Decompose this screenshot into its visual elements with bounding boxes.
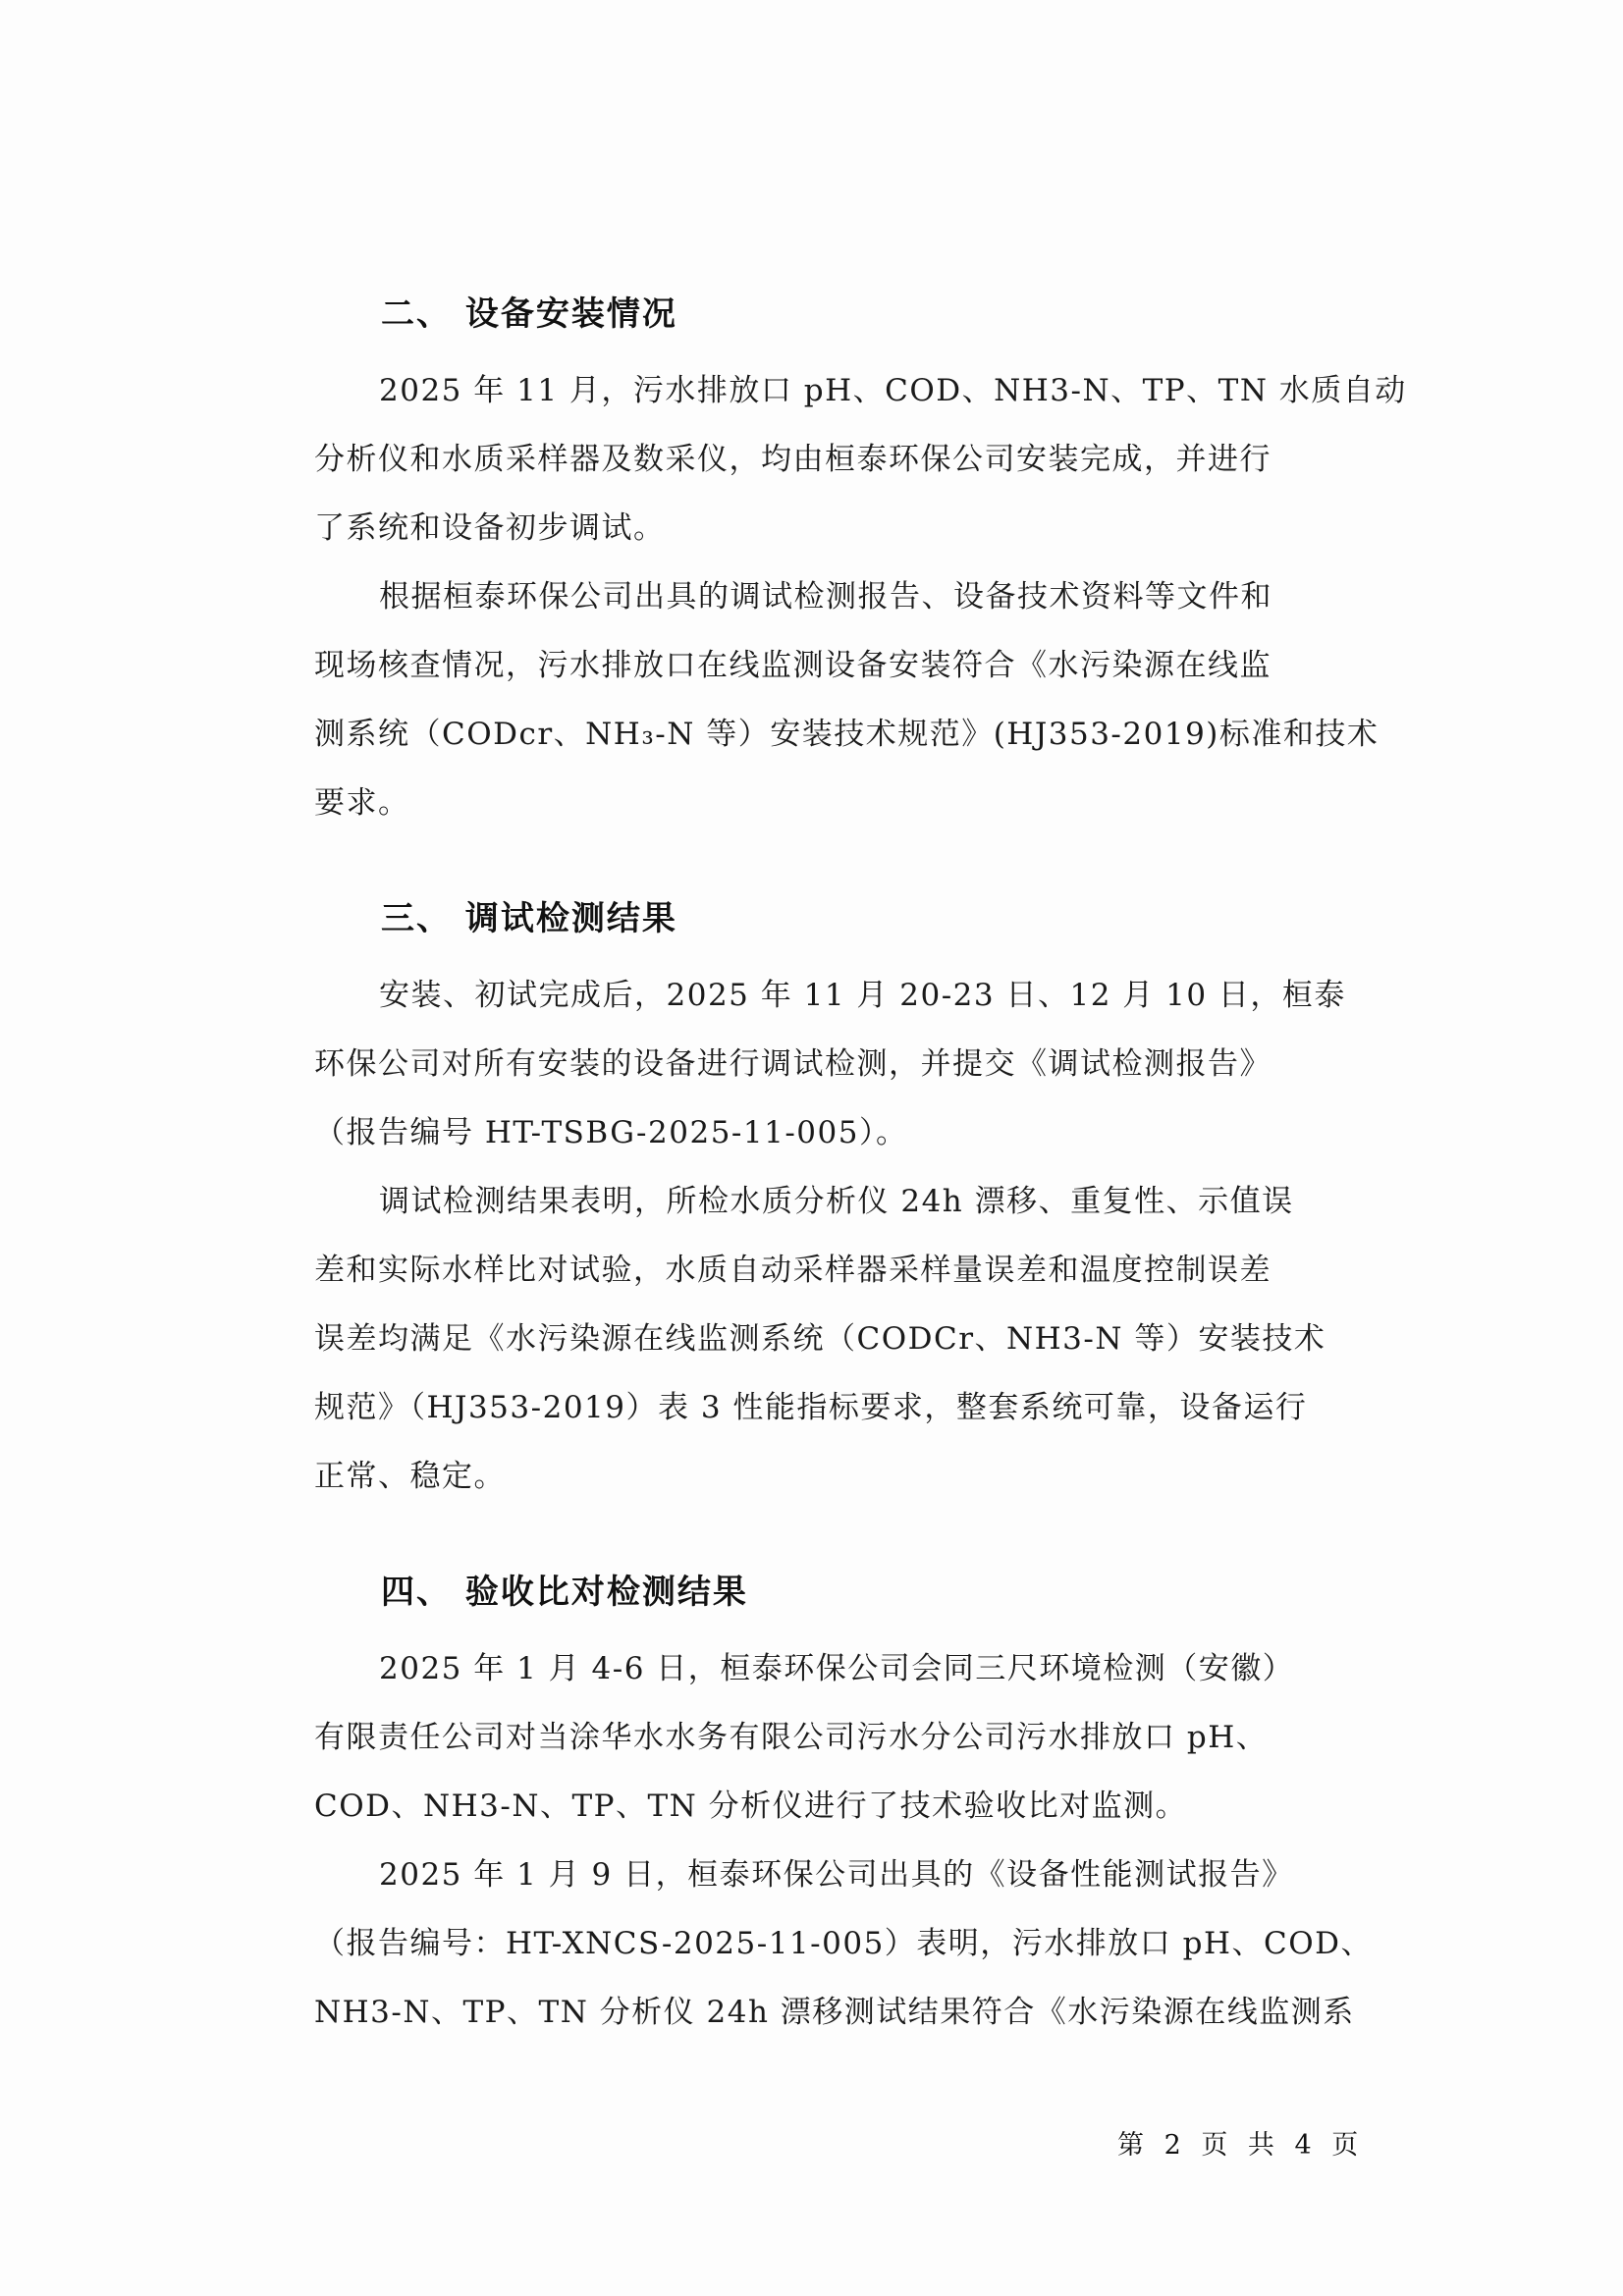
text-line: 误差均满足《水污染源在线监测系统（CODCr、NH3-N 等）安装技术	[314, 1305, 1311, 1373]
text-line: （报告编号 HT-TSBG-2025-11-005）。	[314, 1098, 1311, 1167]
text-line: 差和实际水样比对试验，水质自动采样器采样量误差和温度控制误差	[314, 1236, 1311, 1305]
document-body: 二、 设备安装情况 2025 年 11 月，污水排放口 pH、COD、NH3-N…	[314, 280, 1311, 2094]
text-line: 有限责任公司对当涂华水水务有限公司污水分公司污水排放口 pH、	[314, 1703, 1311, 1772]
text-line: 正常、稳定。	[314, 1442, 1311, 1511]
document-page: 二、 设备安装情况 2025 年 11 月，污水排放口 pH、COD、NH3-N…	[0, 0, 1623, 2296]
text-line: 规范》（HJ353-2019）表 3 性能指标要求，整套系统可靠，设备运行	[314, 1373, 1311, 1442]
text-line: 根据桓泰环保公司出具的调试检测报告、设备技术资料等文件和	[314, 562, 1311, 631]
text-line: 2025 年 1 月 4-6 日，桓泰环保公司会同三尺环境检测（安徽）	[314, 1634, 1311, 1703]
text-line: 要求。	[314, 769, 1311, 837]
text-line: 了系统和设备初步调试。	[314, 494, 1311, 562]
text-line: 安装、初试完成后，2025 年 11 月 20-23 日、12 月 10 日，桓…	[314, 961, 1311, 1030]
section-equipment-installation: 二、 设备安装情况 2025 年 11 月，污水排放口 pH、COD、NH3-N…	[314, 280, 1311, 837]
text-line: （报告编号：HT-XNCS-2025-11-005）表明，污水排放口 pH、CO…	[314, 1909, 1311, 1978]
paragraph: 安装、初试完成后，2025 年 11 月 20-23 日、12 月 10 日，桓…	[314, 961, 1311, 1167]
section-heading: 二、 设备安装情况	[381, 280, 1311, 348]
section-heading: 三、 调试检测结果	[381, 884, 1311, 953]
section-acceptance-comparison-results: 四、 验收比对检测结果 2025 年 1 月 4-6 日，桓泰环保公司会同三尺环…	[314, 1558, 1311, 2047]
section-heading: 四、 验收比对检测结果	[381, 1558, 1311, 1627]
text-line: COD、NH3-N、TP、TN 分析仪进行了技术验收比对监测。	[314, 1772, 1311, 1841]
paragraph: 2025 年 1 月 4-6 日，桓泰环保公司会同三尺环境检测（安徽） 有限责任…	[314, 1634, 1311, 1841]
text-line: 2025 年 11 月，污水排放口 pH、COD、NH3-N、TP、TN 水质自…	[314, 356, 1311, 425]
paragraph: 2025 年 1 月 9 日，桓泰环保公司出具的《设备性能测试报告》 （报告编号…	[314, 1841, 1311, 2047]
paragraph: 调试检测结果表明，所检水质分析仪 24h 漂移、重复性、示值误 差和实际水样比对…	[314, 1167, 1311, 1511]
page-number: 第 2 页 共 4 页	[1117, 2123, 1364, 2162]
text-line: 调试检测结果表明，所检水质分析仪 24h 漂移、重复性、示值误	[314, 1167, 1311, 1236]
text-line: 分析仪和水质采样器及数采仪，均由桓泰环保公司安装完成，并进行	[314, 425, 1311, 494]
paragraph: 根据桓泰环保公司出具的调试检测报告、设备技术资料等文件和 现场核查情况，污水排放…	[314, 562, 1311, 837]
text-line: 2025 年 1 月 9 日，桓泰环保公司出具的《设备性能测试报告》	[314, 1841, 1311, 1909]
text-line: 现场核查情况，污水排放口在线监测设备安装符合《水污染源在线监	[314, 631, 1311, 700]
text-line: 环保公司对所有安装的设备进行调试检测，并提交《调试检测报告》	[314, 1030, 1311, 1098]
paragraph: 2025 年 11 月，污水排放口 pH、COD、NH3-N、TP、TN 水质自…	[314, 356, 1311, 562]
text-line: NH3-N、TP、TN 分析仪 24h 漂移测试结果符合《水污染源在线监测系	[314, 1978, 1311, 2047]
text-line: 测系统（CODcr、NH₃-N 等）安装技术规范》(HJ353-2019)标准和…	[314, 700, 1311, 769]
section-debug-test-results: 三、 调试检测结果 安装、初试完成后，2025 年 11 月 20-23 日、1…	[314, 884, 1311, 1511]
